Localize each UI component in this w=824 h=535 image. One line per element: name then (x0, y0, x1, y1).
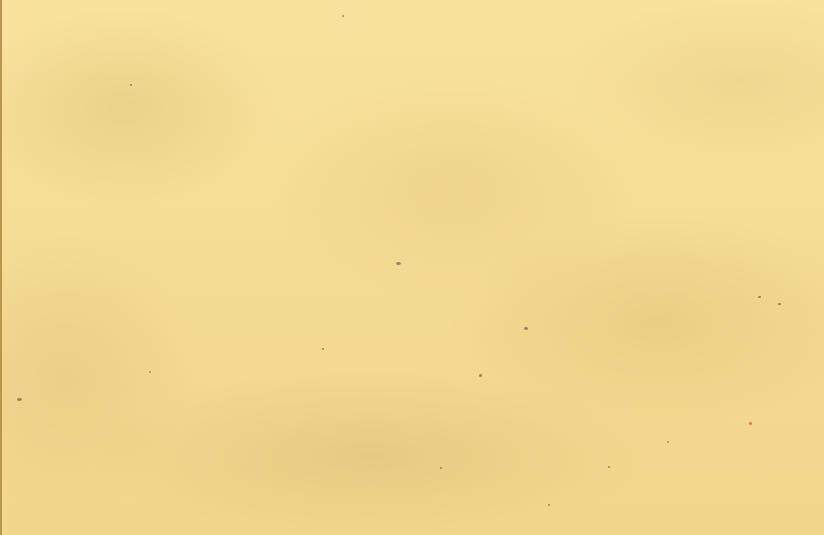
paper-speck (749, 422, 752, 425)
paper-speck (342, 15, 344, 17)
paper-speck (758, 296, 761, 298)
paper-speck (396, 262, 401, 265)
parchment-background (0, 0, 824, 535)
paper-left-edge (0, 0, 2, 535)
paper-speck (667, 441, 669, 443)
paper-speck (149, 371, 151, 373)
paper-speck (440, 467, 442, 469)
paper-speck (524, 327, 528, 330)
paper-speck (548, 504, 550, 506)
paper-speck (778, 303, 781, 305)
paper-speck (17, 398, 22, 401)
paper-speck (322, 348, 324, 350)
paper-speck (479, 374, 482, 377)
paper-speck (130, 84, 132, 86)
paper-speck (608, 466, 610, 468)
